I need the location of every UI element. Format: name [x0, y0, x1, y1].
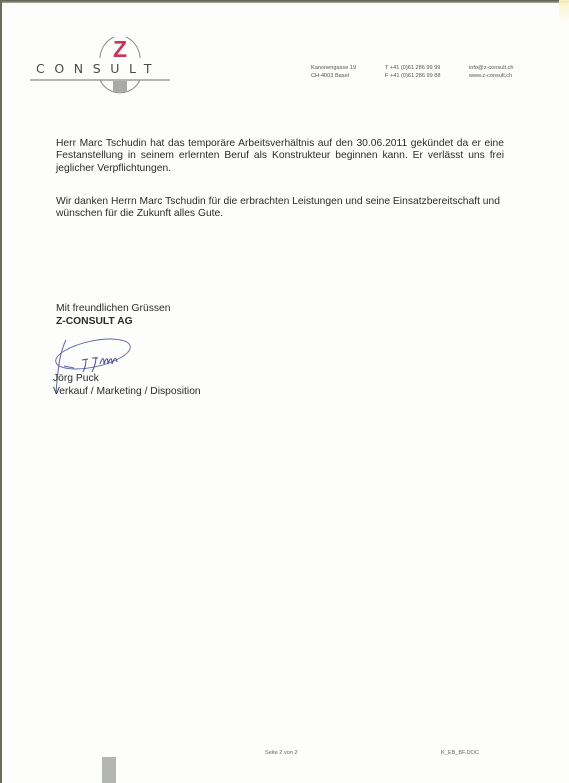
scan-top-edge: [0, 0, 569, 3]
contact-web: info@z-consult.ch www.z-consult.ch: [469, 64, 514, 80]
document-reference: K_EB_BF.DOC: [441, 750, 479, 756]
phone-number: T +41 (0)61 286 99 99: [385, 64, 441, 72]
contact-phone: T +41 (0)61 286 99 99 F +41 (0)61 286 99…: [385, 64, 441, 80]
closing-greeting: Mit freundlichen Grüssen: [56, 302, 170, 315]
address-line: CH-4003 Basel: [311, 72, 356, 80]
signer-name: Jörg Puck: [53, 372, 201, 385]
closing-block: Mit freundlichen Grüssen Z-CONSULT AG: [56, 302, 170, 328]
signer-role: Verkauf / Marketing / Disposition: [53, 385, 201, 398]
fax-number: F +41 (0)61 286 99 88: [385, 72, 441, 80]
company-logo: Z CONSULT: [30, 34, 170, 96]
signer-block: Jörg Puck Verkauf / Marketing / Disposit…: [53, 372, 201, 398]
logo-wordmark: CONSULT: [36, 62, 170, 76]
logo-letter: Z: [109, 37, 131, 61]
scan-tint: [559, 0, 569, 22]
contact-address: Kanonengasse 19 CH-4003 Basel: [311, 64, 356, 80]
body-paragraph-1: Herr Marc Tschudin hat das temporäre Arb…: [56, 138, 504, 175]
address-line: Kanonengasse 19: [311, 64, 356, 72]
page-number: Seite 2 von 2: [265, 750, 298, 756]
email-address: info@z-consult.ch: [469, 64, 514, 72]
footer-logo-bar: [102, 757, 116, 783]
scan-left-edge: [0, 0, 2, 783]
website-address: www.z-consult.ch: [469, 72, 514, 80]
closing-company: Z-CONSULT AG: [56, 315, 170, 328]
body-paragraph-2: Wir danken Herrn Marc Tschudin für die e…: [56, 196, 504, 221]
